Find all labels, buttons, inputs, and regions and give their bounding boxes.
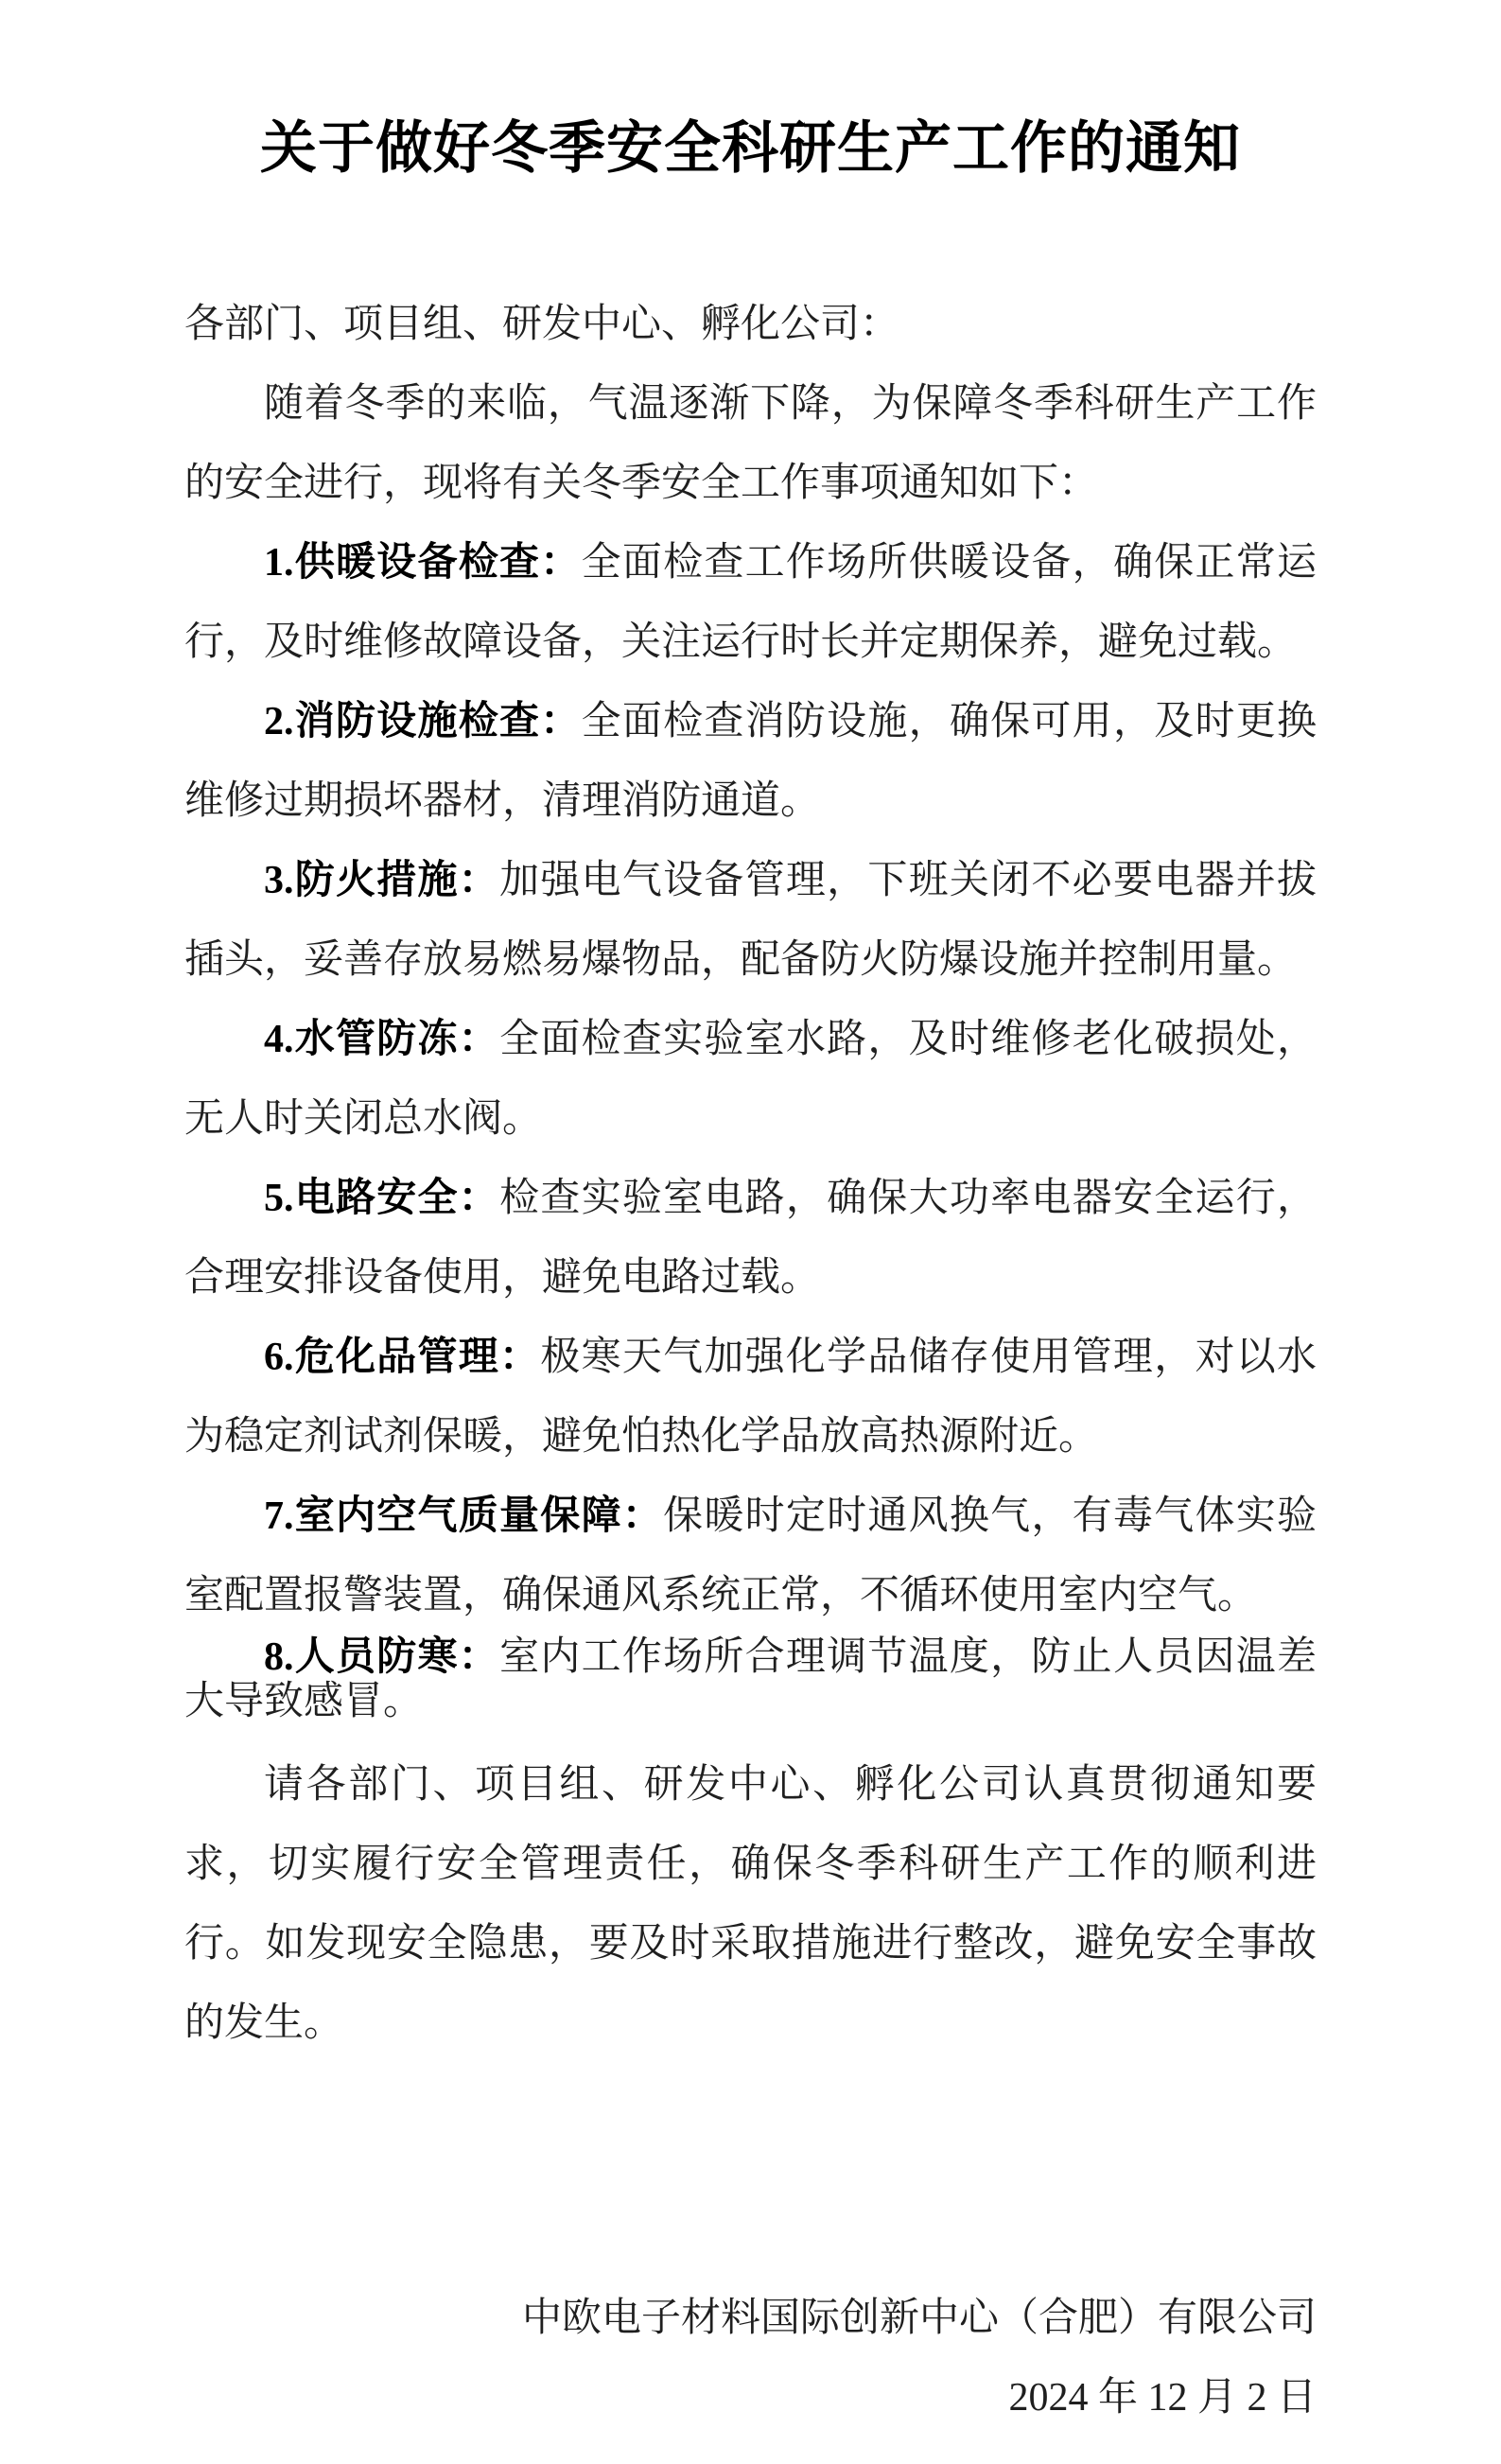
notice-body: 各部门、项目组、研发中心、孵化公司： 随着冬季的来临，气温逐渐下降，为保障冬季科…: [184, 285, 1317, 2063]
closing-paragraph: 请各部门、项目组、研发中心、孵化公司认真贯彻通知要求，切实履行安全管理责任，确保…: [184, 1745, 1317, 2063]
item-1-label: 1.供暖设备检查：: [264, 541, 582, 585]
item-6-label: 6.危化品管理：: [264, 1336, 540, 1379]
item-7-label: 7.室内空气质量保障：: [264, 1494, 663, 1538]
item-5-label: 5.电路安全：: [264, 1177, 499, 1220]
notice-item-4: 4.水管防冻：全面检查实验室水路，及时维修老化破损处，无人时关闭总水阀。: [184, 1000, 1317, 1159]
intro-paragraph: 随着冬季的来临，气温逐渐下降，为保障冬季科研生产工作的安全进行，现将有关冬季安全…: [184, 364, 1317, 523]
intro-text: 随着冬季的来临，气温逐渐下降，为保障冬季科研生产工作的安全进行，现将有关冬季安全…: [184, 382, 1317, 505]
notice-item-6: 6.危化品管理：极寒天气加强化学品储存使用管理，对以水为稳定剂试剂保暖，避免怕热…: [184, 1318, 1317, 1477]
notice-item-5: 5.电路安全：检查实验室电路，确保大功率电器安全运行，合理安排设备使用，避免电路…: [184, 1159, 1317, 1318]
salutation-text: 各部门、项目组、研发中心、孵化公司：: [184, 303, 899, 346]
page-title: 关于做好冬季安全科研生产工作的通知: [184, 0, 1317, 187]
signature-block: 中欧电子材料国际创新中心（合肥）有限公司 2024 年 12 月 2 日: [184, 2279, 1317, 2438]
notice-item-3: 3.防火措施：加强电气设备管理，下班关闭不必要电器并拔插头，妥善存放易燃易爆物品…: [184, 841, 1317, 1000]
signature-company: 中欧电子材料国际创新中心（合肥）有限公司: [184, 2279, 1317, 2358]
closing-text: 请各部门、项目组、研发中心、孵化公司认真贯彻通知要求，切实履行安全管理责任，确保…: [184, 1763, 1317, 2045]
item-3-label: 3.防火措施：: [264, 859, 499, 902]
notice-item-2: 2.消防设施检查：全面检查消防设施，确保可用，及时更换维修过期损坏器材，清理消防…: [184, 682, 1317, 841]
notice-page: 关于做好冬季安全科研生产工作的通知 各部门、项目组、研发中心、孵化公司： 随着冬…: [0, 0, 1501, 2464]
salutation: 各部门、项目组、研发中心、孵化公司：: [184, 285, 1317, 364]
item-8-label: 8.人员防寒：: [264, 1635, 499, 1679]
item-2-label: 2.消防设施检查：: [264, 700, 582, 743]
notice-item-7: 7.室内空气质量保障：保暖时定时通风换气，有毒气体实验室配置报警装置，确保通风系…: [184, 1477, 1317, 1635]
notice-item-1: 1.供暖设备检查：全面检查工作场所供暖设备，确保正常运行，及时维修故障设备，关注…: [184, 523, 1317, 682]
notice-item-8: 8.人员防寒：室内工作场所合理调节温度，防止人员因温差大导致感冒。: [184, 1635, 1317, 1724]
item-4-label: 4.水管防冻：: [264, 1018, 499, 1061]
signature-date: 2024 年 12 月 2 日: [184, 2358, 1317, 2438]
notice-content: 关于做好冬季安全科研生产工作的通知 各部门、项目组、研发中心、孵化公司： 随着冬…: [184, 0, 1317, 2438]
